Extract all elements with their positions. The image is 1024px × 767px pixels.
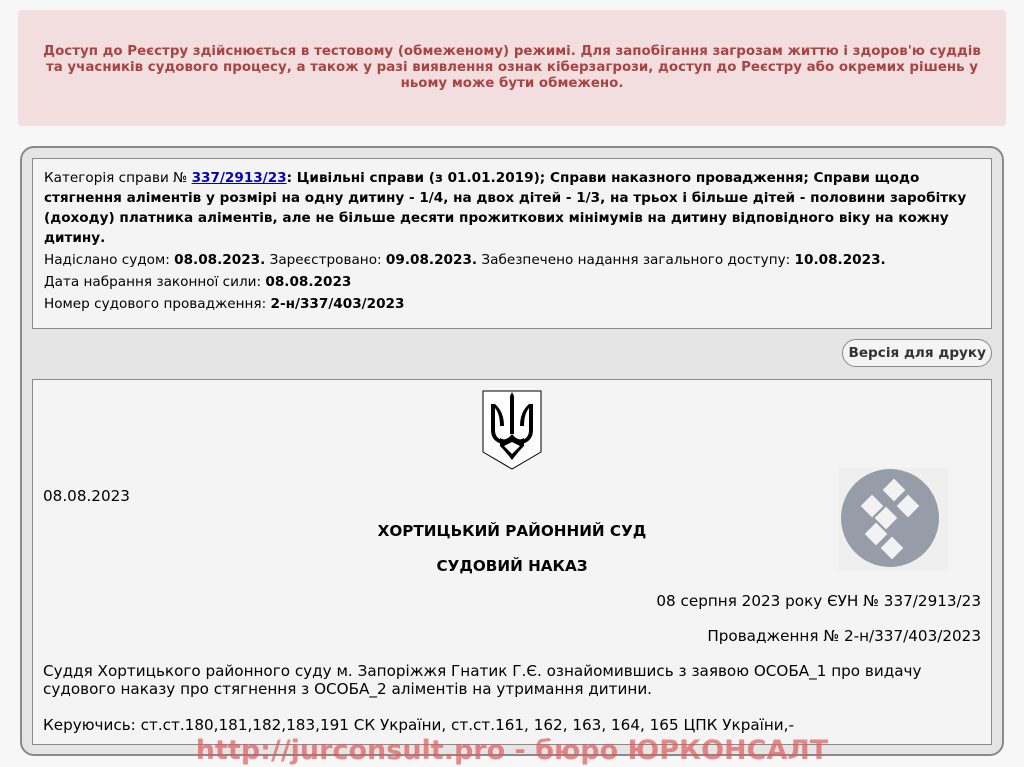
access-warning-alert: Доступ до Реєстру здійснюється в тестово… <box>18 10 1006 126</box>
proceeding-label: Номер судового провадження: <box>44 296 271 312</box>
category-label: Категорія справи № <box>44 170 192 186</box>
decision-panel: Категорія справи № 337/2913/23: Цивільні… <box>20 146 1004 756</box>
public-access-value: 10.08.2023. <box>795 252 886 268</box>
case-info-box: Категорія справи № 337/2913/23: Цивільні… <box>32 158 992 329</box>
proceeding-value: 2-н/337/403/2023 <box>271 296 405 312</box>
effective-date: Дата набрання законної сили: 08.08.2023 <box>44 272 980 292</box>
date-case-line: 08 серпня 2023 року ЄУН № 337/2913/23 <box>43 592 981 610</box>
ukraine-coat-of-arms-icon <box>482 390 542 470</box>
effective-label: Дата набрання законної сили: <box>44 274 265 290</box>
registered-value: 09.08.2023. <box>386 252 477 268</box>
watermark-logo <box>838 468 948 570</box>
access-warning-text: Доступ до Реєстру здійснюється в тестово… <box>36 44 988 92</box>
case-dates: Надіслано судом: 08.08.2023. Зареєстрова… <box>44 250 980 270</box>
case-number-link[interactable]: 337/2913/23 <box>192 170 287 186</box>
document-paragraph-1: Суддя Хортицького районного суду м. Запо… <box>43 662 981 698</box>
proceeding-number: Номер судового провадження: 2-н/337/403/… <box>44 294 980 314</box>
public-access-label: Забезпечено надання загального доступу: <box>477 252 794 268</box>
effective-value: 08.08.2023 <box>265 274 351 290</box>
sent-label: Надіслано судом: <box>44 252 174 268</box>
case-category: Категорія справи № 337/2913/23: Цивільні… <box>44 168 980 248</box>
puzzle-logo-icon <box>838 468 948 570</box>
document-paragraph-2: Керуючись: ст.ст.180,181,182,183,191 СК … <box>43 716 981 734</box>
sent-value: 08.08.2023. <box>174 252 265 268</box>
print-version-button[interactable]: Версія для друку <box>842 339 992 367</box>
proceeding-line: Провадження № 2-н/337/403/2023 <box>43 627 981 645</box>
watermark-text: http://jurconsult.pro - бюро ЮРКОНСАЛТ <box>0 734 1024 767</box>
registered-label: Зареєстровано: <box>265 252 386 268</box>
